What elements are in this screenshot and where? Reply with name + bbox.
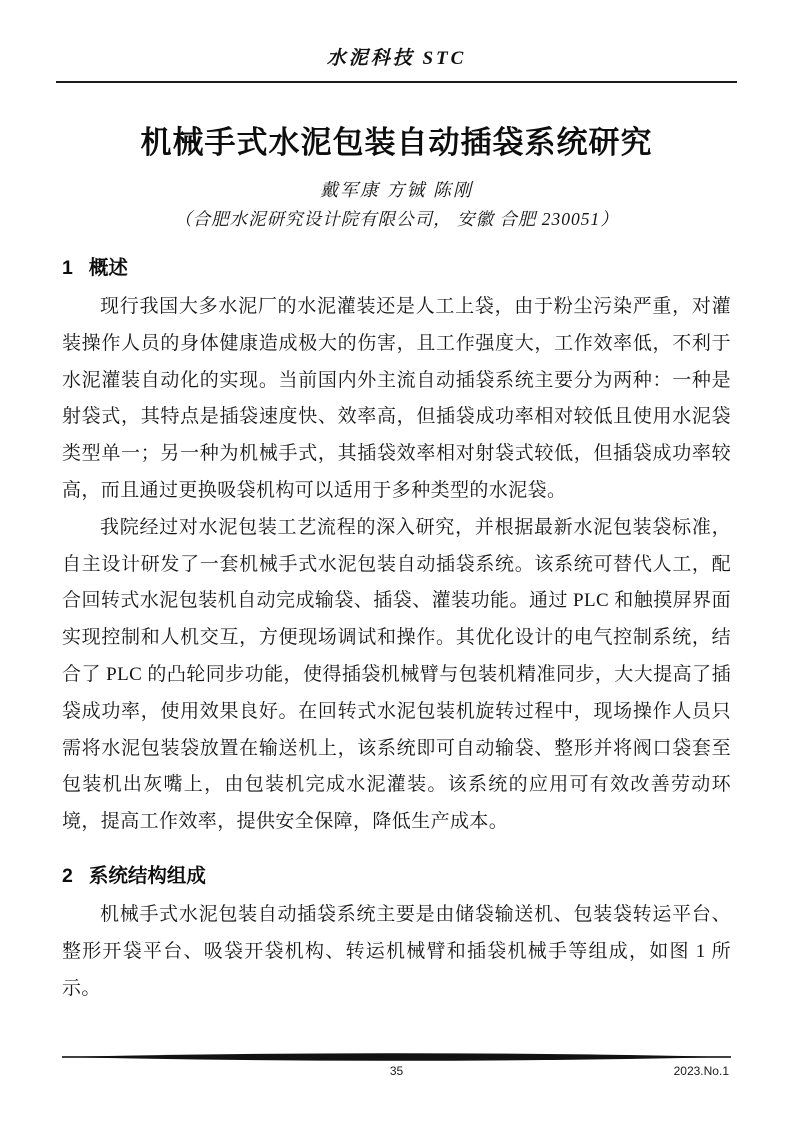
author-line: 戴军康 方铖 陈刚 xyxy=(0,177,793,203)
issue-label: 2023.No.1 xyxy=(674,1064,729,1078)
journal-title: 水泥科技 STC xyxy=(327,46,467,72)
affiliation-line: （合肥水泥研究设计院有限公司， 安徽 合肥 230051） xyxy=(0,205,793,233)
running-head: 水泥科技 STC xyxy=(0,0,793,83)
paragraph: 现行我国大多水泥厂的水泥灌装还是人工上袋，由于粉尘污染严重，对灌装操作人员的身体… xyxy=(62,289,731,510)
section-title: 系统结构组成 xyxy=(89,865,206,887)
journal-page: 水泥科技 STC 机械手式水泥包装自动插袋系统研究 戴军康 方铖 陈刚 （合肥水… xyxy=(0,0,793,1122)
article-body: 1概述 现行我国大多水泥厂的水泥灌装还是人工上袋，由于粉尘污染严重，对灌装操作人… xyxy=(62,253,731,1007)
page-number: 35 xyxy=(62,1064,731,1078)
header-rule xyxy=(56,81,737,83)
article-title: 机械手式水泥包装自动插袋系统研究 xyxy=(62,121,731,165)
footer-divider-bar xyxy=(62,1052,731,1062)
paragraph: 我院经过对水泥包装工艺流程的深入研究，并根据最新水泥包装袋标准，自主设计研发了一… xyxy=(62,510,731,841)
section-heading-1: 1概述 xyxy=(62,253,731,283)
section-number: 2 xyxy=(62,861,73,891)
section-title: 概述 xyxy=(89,257,128,279)
page-footer: 35 2023.No.1 xyxy=(62,1052,731,1082)
paragraph: 机械手式水泥包装自动插袋系统主要是由储袋输送机、包装袋转运平台、整形开袋平台、吸… xyxy=(62,897,731,1007)
section-number: 1 xyxy=(62,253,73,283)
footer-meta: 35 2023.No.1 xyxy=(62,1064,731,1082)
section-heading-2: 2系统结构组成 xyxy=(62,861,731,891)
